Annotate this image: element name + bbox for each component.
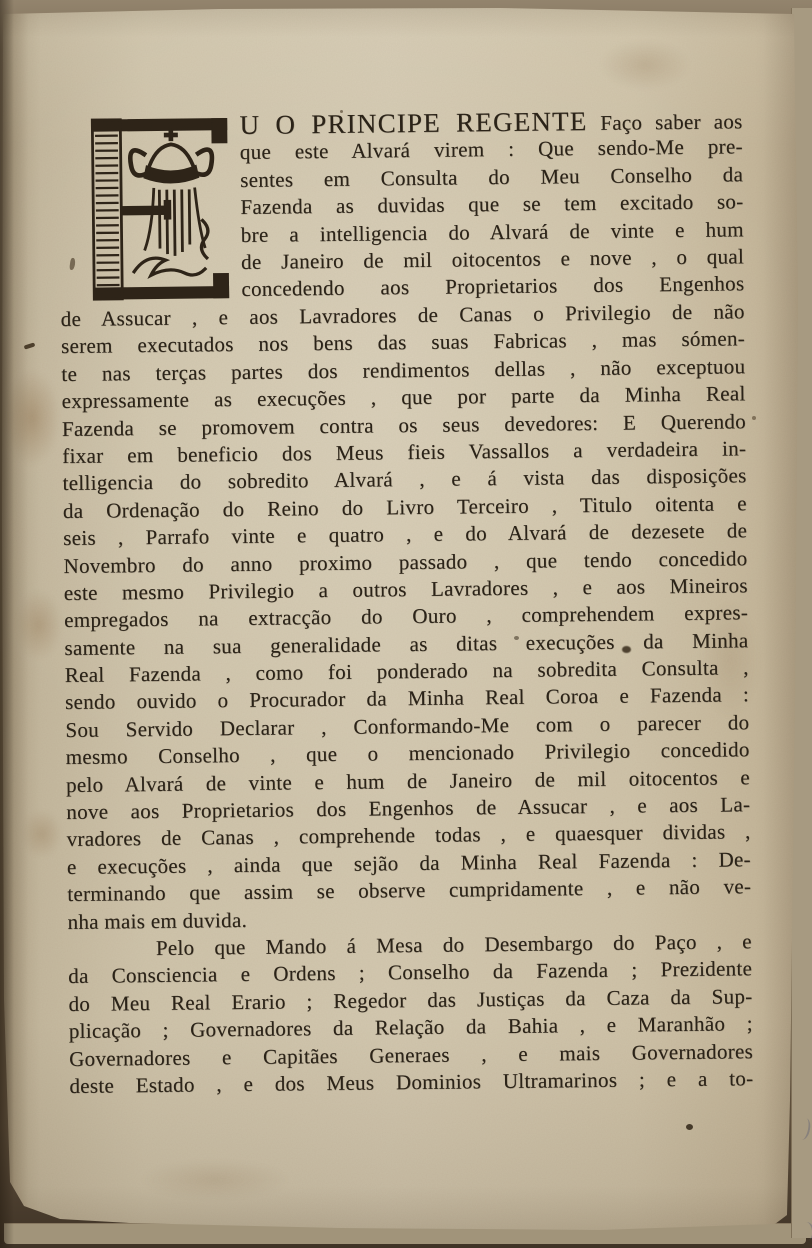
paper-stain xyxy=(140,1160,290,1200)
document-text: U O PRINCIPE REGENTE Faço saber aos que … xyxy=(58,106,753,1100)
ink-fleck xyxy=(686,1124,693,1130)
heading-caps: U O PRINCIPE REGENTE xyxy=(239,106,587,140)
opening-paragraph: U O PRINCIPE REGENTE Faço saber aos que … xyxy=(58,106,744,306)
opening-lines-list: que este Alvará virem : Que sendo-Me pre… xyxy=(240,134,745,304)
document-page: U O PRINCIPE REGENTE Faço saber aos que … xyxy=(0,0,812,1248)
paper-stain xyxy=(4,370,60,466)
photographed-book-page: U O PRINCIPE REGENTE Faço saber aos que … xyxy=(0,0,812,1248)
opening-lines: U O PRINCIPE REGENTE Faço saber aos que … xyxy=(239,106,744,303)
closing-lines-list: Pelo que Mando á Mesa do Desembargo do P… xyxy=(68,928,754,1100)
drop-cap-initial-E xyxy=(89,112,231,306)
paper-stain xyxy=(22,810,62,858)
heading-rest: Faço saber aos xyxy=(600,109,743,135)
paper-stain xyxy=(600,40,690,90)
woodcut-initial-icon xyxy=(89,112,231,306)
ink-fleck xyxy=(24,342,36,349)
paper-stain xyxy=(16,590,62,660)
body-lines-list: de Assucar , e aos Lavradores de Canas o… xyxy=(61,298,752,936)
ink-fleck xyxy=(752,416,756,420)
